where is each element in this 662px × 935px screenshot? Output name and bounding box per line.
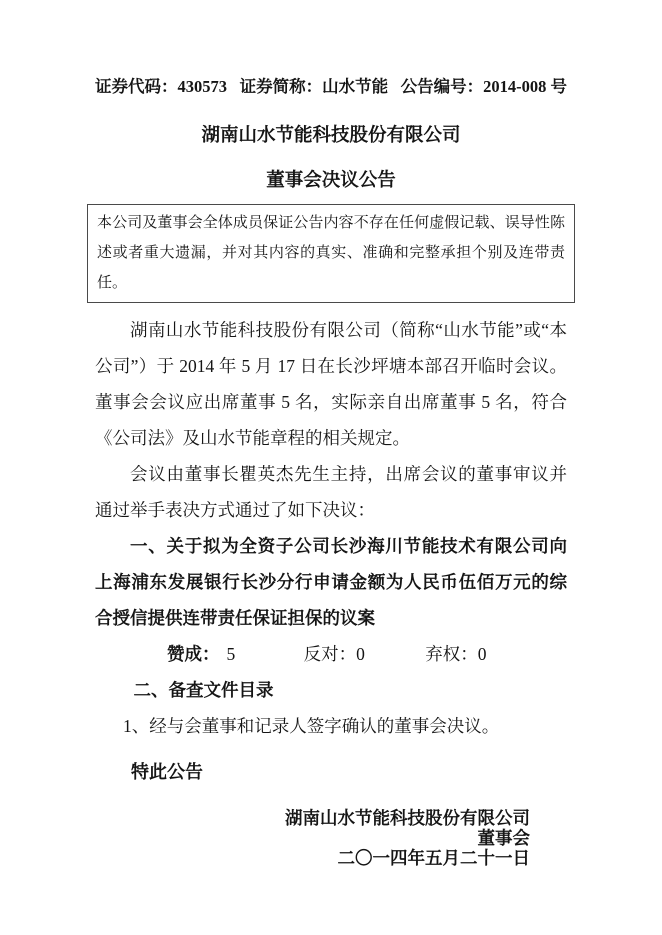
vote-approve: 赞成：5: [167, 644, 235, 664]
vote-approve-label: 赞成：: [167, 644, 220, 664]
announcement-number: 公告编号：2014-008 号: [401, 76, 567, 98]
document-header: 证券代码：430573 证券简称：山水节能 公告编号：2014-008 号: [95, 76, 567, 98]
disclaimer-box: 本公司及董事会全体成员保证公告内容不存在任何虚假记载、误导性陈述或者重大遗漏，并…: [87, 204, 575, 303]
voting-procedure-paragraph: 会议由董事长瞿英杰先生主持，出席会议的董事审议并通过举手表决方式通过了如下决议：: [95, 456, 567, 528]
announcement-document: 证券代码：430573 证券简称：山水节能 公告编号：2014-008 号 湖南…: [0, 0, 662, 935]
document-title: 董事会决议公告: [95, 169, 567, 193]
signature-board: 董事会: [95, 828, 530, 848]
vote-against-label: 反对：: [304, 644, 357, 664]
vote-results-row: 赞成：5 反对：0 弃权：0: [95, 636, 567, 672]
resolution-1-title: 一、关于拟为全资子公司长沙海川节能技术有限公司向上海浦东发展银行长沙分行申请金额…: [95, 528, 567, 636]
meeting-info-paragraph: 湖南山水节能科技股份有限公司（简称“山水节能”或“本公司”）于 2014 年 5…: [95, 312, 567, 456]
signature-date: 二〇一四年五月二十一日: [95, 848, 530, 868]
vote-abstain: 弃权：0: [425, 644, 486, 664]
company-name-title: 湖南山水节能科技股份有限公司: [95, 124, 567, 148]
section-2-title: 二、备查文件目录: [95, 672, 567, 708]
disclaimer-text: 本公司及董事会全体成员保证公告内容不存在任何虚假记载、误导性陈述或者重大遗漏，并…: [97, 208, 565, 298]
vote-abstain-label: 弃权：: [425, 644, 478, 664]
signature-block: 湖南山水节能科技股份有限公司 董事会 二〇一四年五月二十一日: [95, 808, 567, 868]
vote-approve-value: 5: [227, 644, 236, 664]
closing-statement: 特此公告: [95, 754, 567, 790]
stock-code: 证券代码：430573: [95, 76, 227, 98]
filing-document-item: 1、经与会董事和记录人签字确认的董事会决议。: [95, 708, 567, 744]
vote-abstain-value: 0: [478, 644, 487, 664]
signature-company: 湖南山水节能科技股份有限公司: [95, 808, 530, 828]
vote-against: 反对：0: [304, 644, 365, 664]
vote-against-value: 0: [356, 644, 365, 664]
stock-abbreviation: 证券简称：山水节能: [240, 76, 389, 98]
